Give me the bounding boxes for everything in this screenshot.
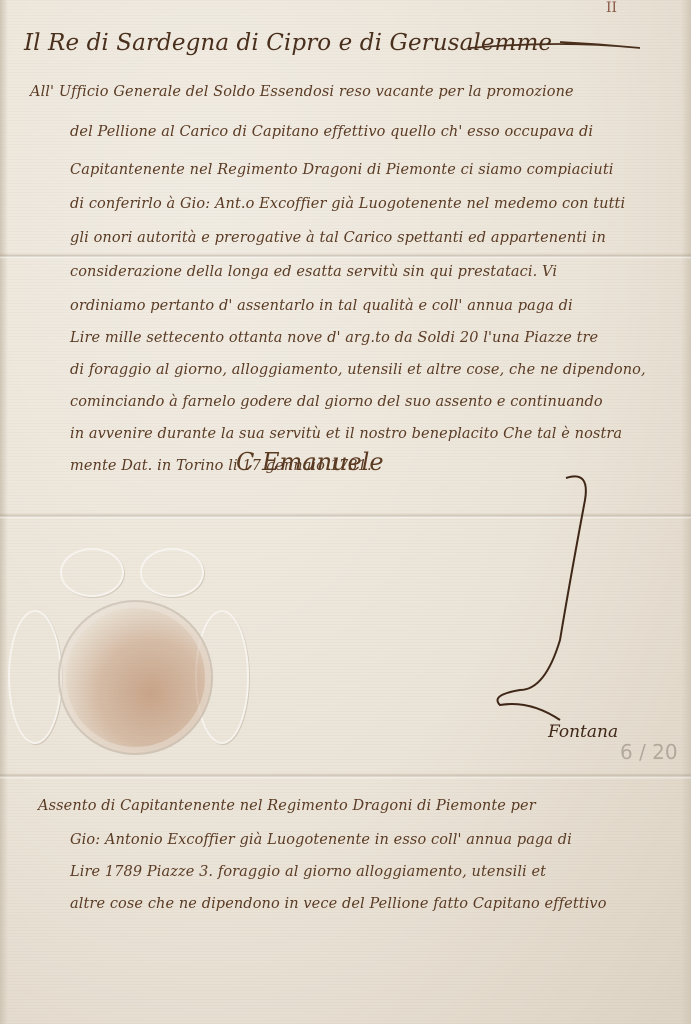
body-line: gli onori autorità e prerogative à tal C… — [70, 230, 606, 246]
body-line: di foraggio al giorno, alloggiamento, ut… — [70, 362, 646, 378]
body-line: in avvenire durante la sua servitù et il… — [70, 426, 622, 442]
emboss-ornament — [140, 548, 204, 597]
paper-seal — [58, 600, 213, 755]
emboss-ornament — [8, 610, 62, 744]
body-line: All' Ufficio Generale del Soldo Essendos… — [30, 84, 574, 100]
summary-line: Lire 1789 Piazze 3. foraggio al giorno a… — [70, 864, 546, 880]
secretary-signature: Fontana — [548, 722, 618, 742]
summary-line: Assento di Capitantenente nel Regimento … — [38, 798, 536, 814]
body-line: del Pellione al Carico di Capitano effet… — [70, 124, 593, 140]
manuscript-page: II Il Re di Sardegna di Cipro e di Gerus… — [0, 0, 691, 1024]
body-line: cominciando à farnelo godere dal giorno … — [70, 394, 603, 410]
body-line: ordiniamo pertanto d' assentarlo in tal … — [70, 298, 573, 314]
body-line: di conferirlo à Gio: Ant.o Excoffier già… — [70, 196, 625, 212]
body-line: considerazione della longa ed esatta ser… — [70, 264, 557, 280]
summary-line: Gio: Antonio Excoffier già Luogotenente … — [70, 832, 572, 848]
body-line: Lire mille settecento ottanta nove d' ar… — [70, 330, 598, 346]
body-line: Capitantenente nel Regimento Dragoni di … — [70, 162, 614, 178]
king-signature: C Emanuele — [236, 448, 384, 476]
summary-line: altre cose che ne dipendono in vece del … — [70, 896, 607, 912]
emboss-ornament — [60, 548, 124, 597]
pencil-note: 6 / 20 — [620, 740, 678, 764]
